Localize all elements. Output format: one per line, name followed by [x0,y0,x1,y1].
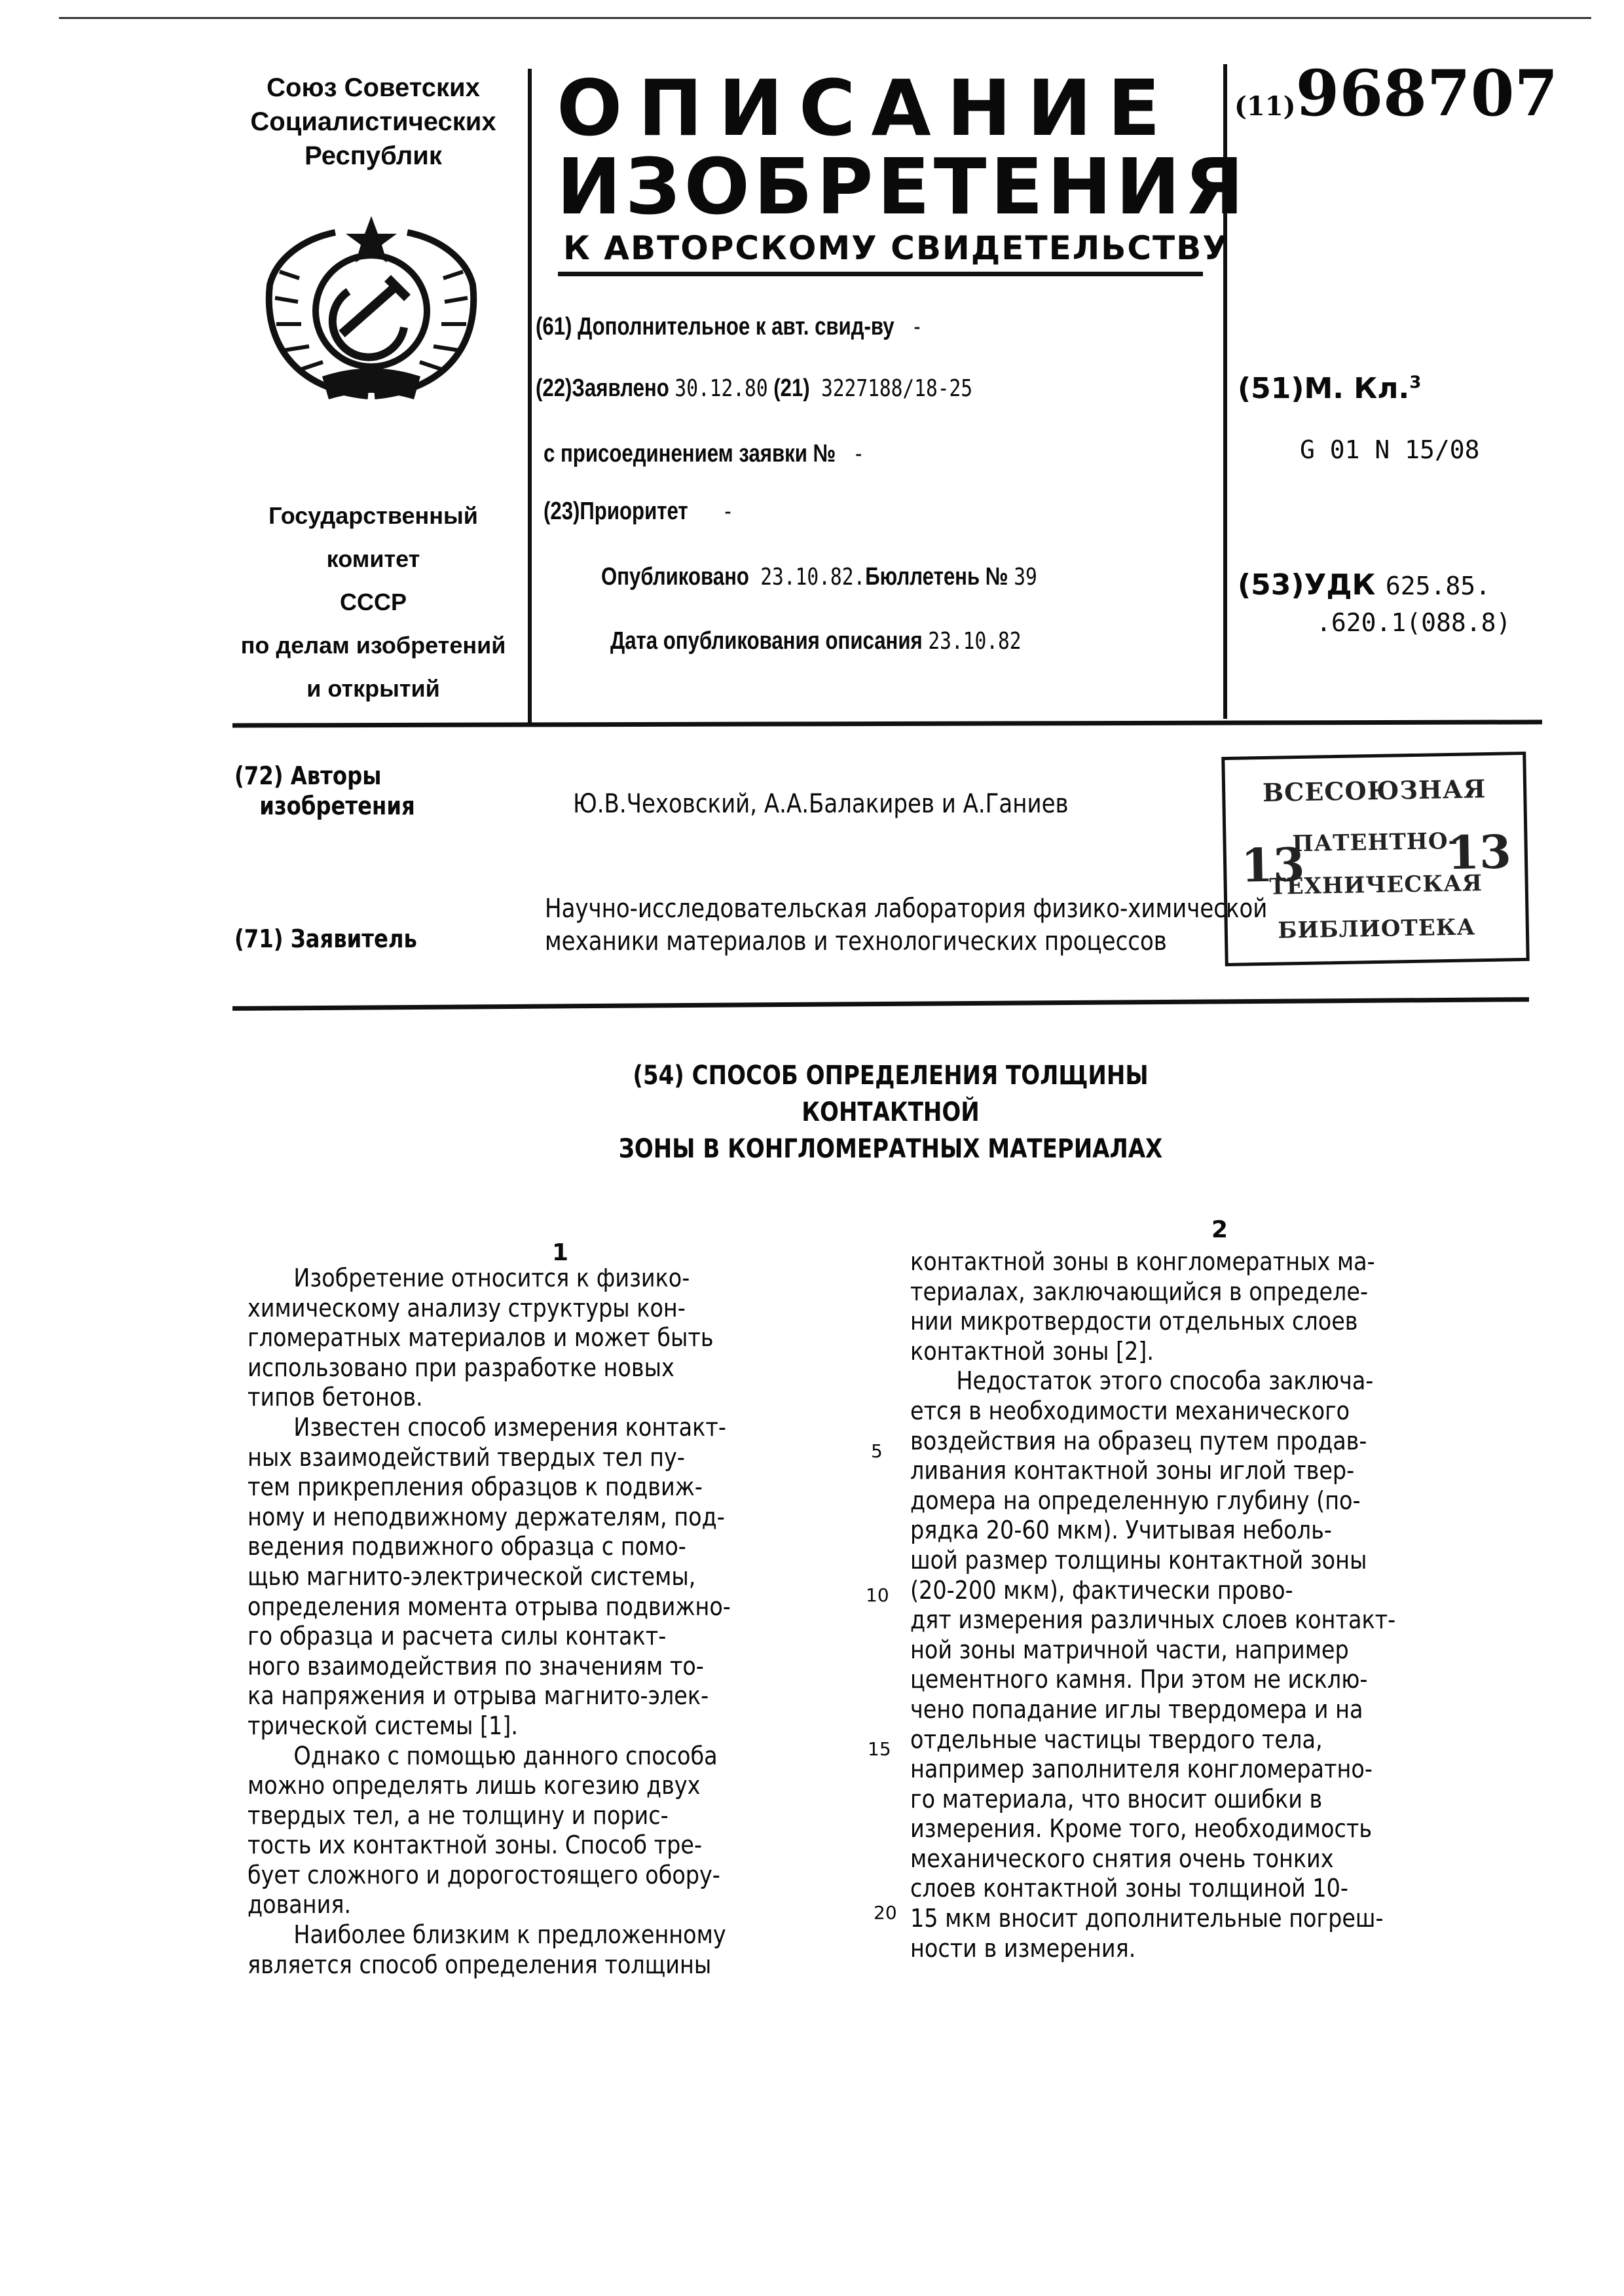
text-column-left: Изобретение относится к физико-химическо… [248,1264,731,1980]
text-line: Однако с помощью данного способа [248,1741,731,1772]
field-21-label: (21) [773,374,809,402]
applicant-label: (71) Заявитель [234,924,417,953]
top-rule [59,17,1591,19]
line-number-15: 15 [868,1738,891,1760]
authors-label: (72) Авторы изобретения [234,761,415,821]
field-53-label: (53)УДК [1238,568,1376,602]
applicant-line-2: механики материалов и технологических пр… [545,925,1267,958]
text-line: отдельные частицы твердого тела, [910,1725,1395,1755]
text-line: ному и неподвижному держателям, под- [248,1503,731,1533]
text-line: териалах, заключающийся в определе- [910,1277,1395,1307]
subtitle-author-certificate: К АВТОРСКОМУ СВИДЕТЕЛЬСТВУ [563,229,1229,267]
field-51-sup: 3 [1409,373,1421,392]
line-number-5: 5 [871,1440,883,1462]
text-line: 15 мкм вносит дополнительные погреш- [910,1904,1395,1934]
country-line-1: Союз Советских [223,71,524,105]
applicant-value: Научно-исследовательская лаборатория физ… [545,892,1267,958]
text-line: можно определять лишь когезию двух [248,1771,731,1801]
text-line: воздействия на образец путем продав- [910,1427,1395,1457]
field-51-label: (51)М. Кл. [1238,372,1409,405]
header-divider-left [528,69,532,723]
applicant-line-1: Научно-исследовательская лаборатория физ… [545,892,1267,925]
description-date-label: Дата опубликования описания [610,627,923,655]
published-label: Опубликовано [601,563,749,591]
text-line: тость их контактной зоны. Способ тре- [248,1831,731,1861]
committee-line-1: Государственный комитет [223,494,524,581]
text-line: определения момента отрыва подвижно- [248,1592,731,1622]
field-53: (53)УДК 625.85. [1238,568,1490,602]
field-attach-label: с присоединением заявки № [544,440,836,467]
text-column-right: контактной зоны в конгломератных ма-тери… [910,1247,1395,1963]
text-line: ливания контактной зоны иглой твер- [910,1456,1395,1486]
text-line: механического снятия очень тонких [910,1844,1395,1874]
text-line: Изобретение относится к физико- [248,1264,731,1294]
text-line: является способ определения толщины [248,1950,731,1980]
stamp-number-left: 13 [1240,837,1305,893]
field-51: (51)М. Кл.3 [1238,372,1421,405]
text-line: Известен способ измерения контакт- [248,1413,731,1443]
text-line: слоев контактной зоны толщиной 10- [910,1874,1395,1904]
text-line: го образца и расчета силы контакт- [248,1622,731,1652]
bulletin-value: 39 [1014,564,1037,591]
country-line-3: Республик [223,139,524,173]
text-line: химическому анализу структуры кон- [248,1294,731,1324]
field-23-value: - [722,498,734,525]
field-61: (61) Дополнительное к авт. свид-ву - [536,313,923,341]
text-line: чено попадание иглы твердомера и на [910,1695,1395,1725]
field-61-value: - [912,314,923,340]
description-date-value: 23.10.82 [928,628,1021,655]
committee-line-3: по делам изобретений [223,624,524,667]
text-line: контактной зоны [2]. [910,1337,1395,1367]
field-22-label: (22)Заявлено [536,374,669,402]
text-line: типов бетонов. [248,1383,731,1413]
text-line: ного взаимодействия по значениям то- [248,1652,731,1682]
text-line: шой размер толщины контактной зоны [910,1546,1395,1576]
published-value: 23.10.82. [760,564,865,591]
text-line: измерения. Кроме того, необходимость [910,1814,1395,1844]
field-description-date: Дата опубликования описания 23.10.82 [610,627,1022,655]
column-number-right: 2 [1211,1216,1228,1243]
text-line: цементного камня. При этом не исклю- [910,1665,1395,1695]
invention-title-line-2: ЗОНЫ В КОНГЛОМЕРАТНЫХ МАТЕРИАЛАХ [557,1131,1225,1167]
title-opisanie: ОПИСАНИЕ [557,65,1176,151]
ussr-emblem-icon [244,213,499,409]
text-line: контактной зоны в конгломератных ма- [910,1247,1395,1277]
text-line: (20-200 мкм), фактически прово- [910,1576,1395,1606]
text-line: например заполнителя конгломератно- [910,1755,1395,1785]
parties-bottom-rule [232,997,1529,1011]
field-21-value: 3227188/18-25 [821,375,972,402]
text-line: ведения подвижного образца с помо- [248,1532,731,1562]
text-line: трической системы [1]. [248,1711,731,1741]
patent-number: (11)968707 [1234,56,1558,130]
patent-number-code: (11) [1234,91,1296,122]
field-23-label: (23)Приоритет [544,498,688,525]
authors-label-line-1: (72) Авторы [234,761,415,791]
text-line: ности в измерения. [910,1934,1395,1964]
field-22-value: 30.12.80 [674,375,767,402]
authors-label-line-2: изобретения [234,791,415,821]
text-line: тем прикрепления образцов к подвиж- [248,1472,731,1503]
text-line: рядка 20-60 мкм). Учитывая неболь- [910,1516,1395,1546]
text-line: ка напряжения и отрыва магнито-элек- [248,1681,731,1711]
text-line: бует сложного и дорогостоящего обору- [248,1861,731,1891]
text-line: дят измерения различных слоев контакт- [910,1605,1395,1635]
udc-value-2: .620.1(088.8) [1316,608,1511,637]
field-51-value: G 01 N 15/08 [1300,432,1480,465]
text-line: твердых тел, а не толщину и порис- [248,1801,731,1831]
bulletin-label: Бюллетень № [865,563,1008,591]
text-line: ной зоны матричной части, например [910,1635,1395,1666]
subtitle-underline [558,272,1203,276]
field-attach-value: - [853,441,864,467]
stamp-line-4: БИБЛИОТЕКА [1228,913,1526,945]
invention-title-line-1: СПОСОБ ОПРЕДЕЛЕНИЯ ТОЛЩИНЫ КОНТАКТНОЙ [692,1061,1149,1127]
text-line: Недостаток этого способа заключа- [910,1366,1395,1396]
patent-number-value: 968707 [1296,56,1559,130]
field-61-label: (61) Дополнительное к авт. свид-ву [536,313,895,340]
committee-line-4: и открытий [223,667,524,710]
invention-title: (54) СПОСОБ ОПРЕДЕЛЕНИЯ ТОЛЩИНЫ КОНТАКТН… [557,1057,1225,1167]
line-number-20: 20 [874,1902,897,1923]
udc-value-1: 625.85. [1386,572,1490,600]
country-line-2: Социалистических [223,105,524,139]
field-23: (23)Приоритет - [544,498,733,526]
text-line: ных взаимодействий твердых тел пу- [248,1443,731,1473]
text-line: домера на определенную глубину (по- [910,1486,1395,1516]
stamp-number-right: 13 [1447,824,1512,880]
ipc-class-value: G 01 N 15/08 [1300,435,1480,464]
text-line: Наиболее близким к предложенному [248,1920,731,1950]
invention-title-code: (54) [633,1061,684,1091]
text-line: щью магнито-электрической системы, [248,1562,731,1592]
text-line: нии микротвердости отдельных слоев [910,1307,1395,1337]
authors-value: Ю.В.Чеховский, А.А.Балакирев и А.Ганиев [573,789,1069,819]
line-number-10: 10 [866,1584,889,1606]
text-line: использовано при разработке новых [248,1353,731,1383]
committee-name: Государственный комитет СССР по делам из… [223,494,524,710]
text-line: го материала, что вносит ошибки в [910,1785,1395,1815]
field-published: Опубликовано 23.10.82.Бюллетень № 39 [601,563,1037,591]
title-izobreteniya: ИЗОБРЕТЕНИЯ [557,144,1247,229]
field-attach: с присоединением заявки № - [544,440,864,468]
stamp-line-1: ВСЕСОЮЗНАЯ [1225,773,1524,808]
header-bottom-rule [232,720,1542,727]
committee-line-2: СССР [223,581,524,624]
library-stamp: ВСЕСОЮЗНАЯ ПАТЕНТНО- ТЕХНИЧЕСКАЯ БИБЛИОТ… [1221,752,1530,966]
country-name: Союз Советских Социалистических Республи… [223,71,524,173]
text-line: дования. [248,1890,731,1920]
column-number-left: 1 [552,1239,568,1266]
field-22: (22)Заявлено 30.12.80 (21) 3227188/18-25 [536,374,972,403]
text-line: ется в необходимости механического [910,1396,1395,1427]
field-53-cont: .620.1(088.8) [1316,605,1511,638]
text-line: гломератных материалов и может быть [248,1323,731,1353]
